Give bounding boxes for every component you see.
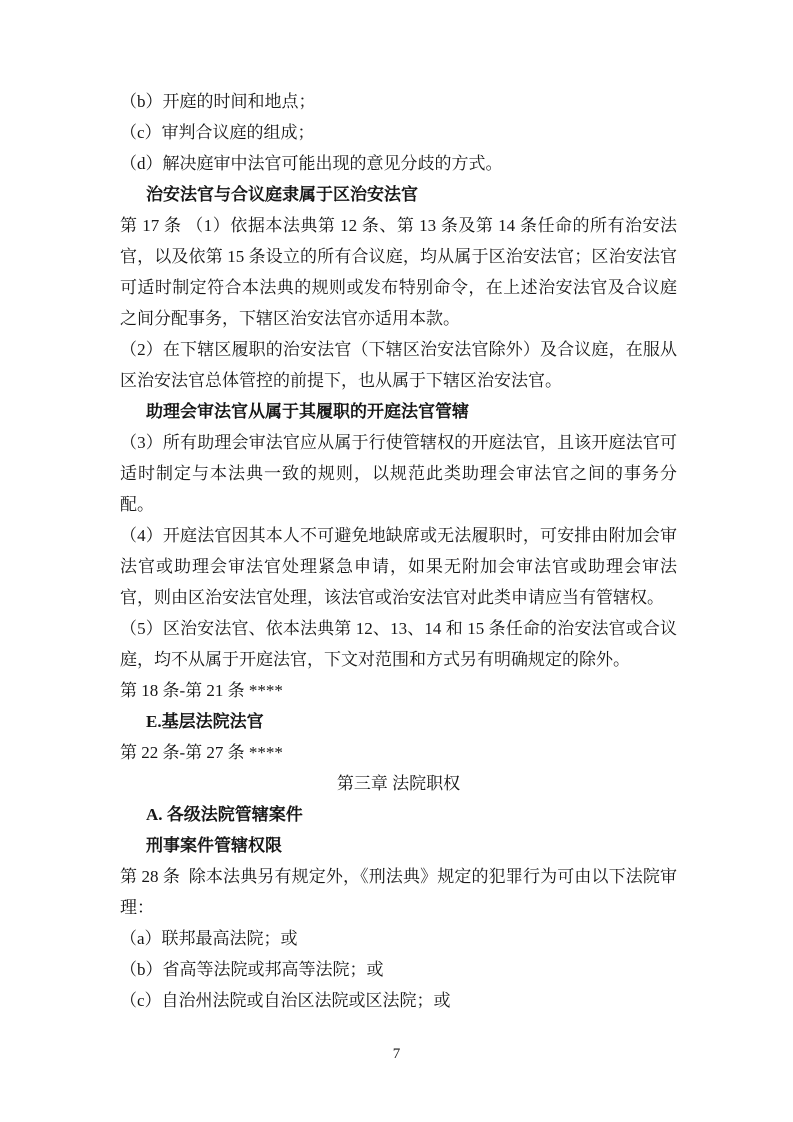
heading-criminal-jurisdiction: 刑事案件管辖权限 xyxy=(120,830,677,861)
article-17-paragraph-2: （2）在下辖区履职的治安法官（下辖区治安法官除外）及合议庭，在服从区治安法官总体… xyxy=(120,334,677,396)
heading-assistant-sessions-judges: 助理会审法官从属于其履职的开庭法官管辖 xyxy=(120,396,677,427)
article-17-paragraph-4: （4）开庭法官因其本人不可避免地缺席或无法履职时，可安排由附加会审法官或助理会审… xyxy=(120,520,677,613)
heading-a-court-jurisdiction: A. 各级法院管辖案件 xyxy=(120,799,677,830)
article-17-paragraph-1: 第 17 条 （1）依据本法典第 12 条、第 13 条及第 14 条任命的所有… xyxy=(120,210,677,334)
list-item-b: （b）开庭的时间和地点； xyxy=(120,86,677,117)
document-page: （b）开庭的时间和地点； （c）审判合议庭的组成； （d）解决庭审中法官可能出现… xyxy=(0,0,793,1122)
list-item-c-autonomous-courts: （c）自治州法院或自治区法院或区法院；或 xyxy=(120,985,677,1016)
articles-22-27-placeholder: 第 22 条-第 27 条 **** xyxy=(120,737,677,768)
chapter-3-title: 第三章 法院职权 xyxy=(120,768,677,799)
list-item-d: （d）解决庭审中法官可能出现的意见分歧的方式。 xyxy=(120,148,677,179)
article-28-intro: 第 28 条 除本法典另有规定外，《刑法典》规定的犯罪行为可由以下法院审理： xyxy=(120,861,677,923)
articles-18-21-placeholder: 第 18 条-第 21 条 **** xyxy=(120,675,677,706)
heading-e-basic-level-court-judges: E.基层法院法官 xyxy=(120,706,677,737)
article-17-paragraph-3: （3）所有助理会审法官应从属于行使管辖权的开庭法官，且该开庭法官可适时制定与本法… xyxy=(120,427,677,520)
page-content: （b）开庭的时间和地点； （c）审判合议庭的组成； （d）解决庭审中法官可能出现… xyxy=(120,86,677,1016)
page-number: 7 xyxy=(0,1044,793,1064)
list-item-b-high-courts: （b）省高等法院或邦高等法院；或 xyxy=(120,954,677,985)
list-item-a-supreme-court: （a）联邦最高法院；或 xyxy=(120,923,677,954)
heading-magistrates-subordination: 治安法官与合议庭隶属于区治安法官 xyxy=(120,179,677,210)
list-item-c: （c）审判合议庭的组成； xyxy=(120,117,677,148)
article-17-paragraph-5: （5）区治安法官、依本法典第 12、13、14 和 15 条任命的治安法官或合议… xyxy=(120,613,677,675)
